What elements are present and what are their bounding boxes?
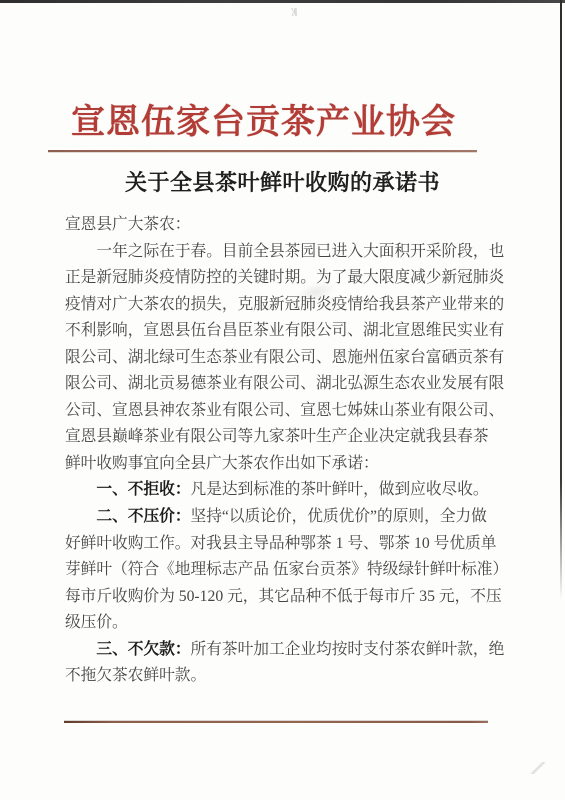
body-line: 宣恩县广大茶农： bbox=[65, 212, 509, 239]
body-line: 公司、宣恩县神农茶业有限公司、宣恩七姊妹山茶业有限公司、 bbox=[65, 398, 509, 425]
scanned-document-page: 宣恩伍家台贡茶产业协会 关于全县茶叶鲜叶收购的承诺书 宣恩县广大茶农：一年之际在… bbox=[0, 0, 565, 800]
document-title: 关于全县茶叶鲜叶收购的承诺书 bbox=[0, 166, 565, 197]
clause-heading: 三、不欠款： bbox=[96, 641, 190, 658]
body-line: 正是新冠肺炎疫情防控的关键时期。为了最大限度减少新冠肺炎 bbox=[65, 265, 509, 292]
body-line: 宣恩县巅峰茶业有限公司等九家茶叶生产企业决定就我县春茶 bbox=[65, 424, 509, 451]
clause-heading: 一、不拒收： bbox=[96, 481, 190, 498]
body-line: 三、不欠款：所有茶叶加工企业均按时支付茶农鲜叶款，绝 bbox=[65, 637, 509, 664]
document-body: 宣恩县广大茶农：一年之际在于春。目前全县茶园已进入大面积开采阶段，也正是新冠肺炎… bbox=[65, 212, 509, 690]
footer-divider-rule bbox=[64, 721, 488, 723]
body-line: 级压价。 bbox=[65, 610, 509, 637]
scan-artifact bbox=[291, 8, 297, 16]
body-line: 限公司、湖北绿可生态茶业有限公司、恩施州伍家台富硒贡茶有 bbox=[65, 345, 509, 372]
body-line: 不拖欠茶农鲜叶款。 bbox=[65, 663, 509, 690]
masthead-divider-rule bbox=[48, 150, 477, 152]
association-masthead-title: 宣恩伍家台贡茶产业协会 bbox=[0, 94, 527, 143]
scan-edge-right bbox=[560, 0, 562, 600]
body-line: 不利影响，宣恩县伍台昌臣茶业有限公司、湖北宣恩维民实业有 bbox=[65, 318, 509, 345]
clause-heading: 二、不压价： bbox=[96, 508, 190, 525]
body-line: 每市斤收购价为 50-120 元，其它品种不低于每市斤 35 元，不压 bbox=[65, 584, 509, 611]
body-line: 限公司、湖北贡易德茶业有限公司、湖北弘源生态农业发展有限 bbox=[65, 371, 509, 398]
body-line: 芽鲜叶（符合《地理标志产品 伍家台贡茶》特级绿针鲜叶标准） bbox=[65, 557, 509, 584]
scan-artifact bbox=[530, 762, 546, 774]
body-line: 一、不拒收：凡是达到标准的茶叶鲜叶，做到应收尽收。 bbox=[65, 477, 509, 504]
body-line: 疫情对广大茶农的损失，克服新冠肺炎疫情给我县茶产业带来的 bbox=[65, 292, 509, 319]
body-line: 好鲜叶收购工作。对我县主导品种鄂茶 1 号、鄂茶 10 号优质单 bbox=[65, 531, 509, 558]
body-line: 一年之际在于春。目前全县茶园已进入大面积开采阶段，也 bbox=[65, 239, 509, 266]
body-line: 鲜叶收购事宜向全县广大茶农作出如下承诺： bbox=[65, 451, 509, 478]
body-line: 二、不压价：坚持“以质论价，优质优价”的原则，全力做 bbox=[65, 504, 509, 531]
scan-edge-top bbox=[0, 0, 565, 3]
